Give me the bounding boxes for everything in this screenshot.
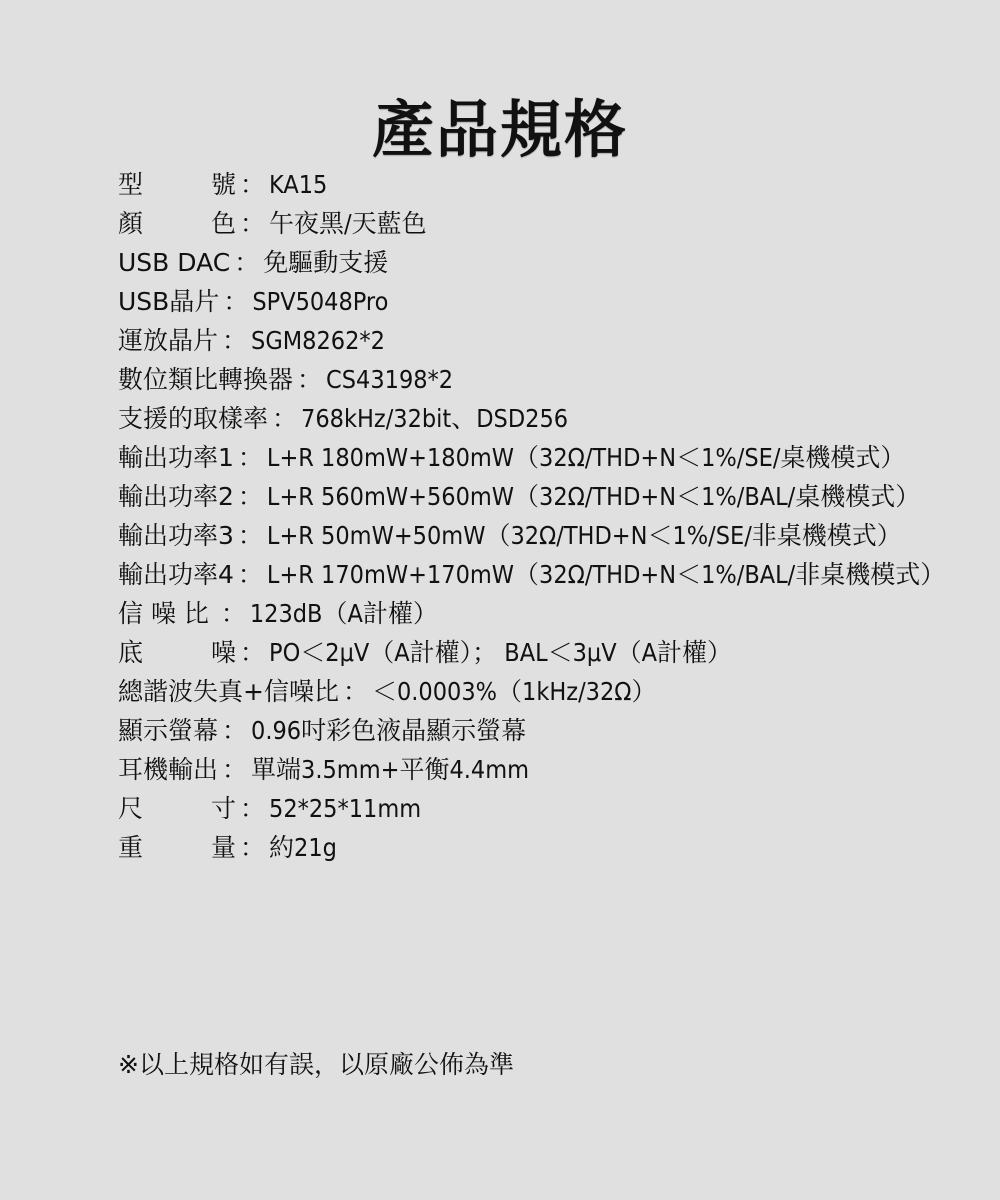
spec-row-noise-floor: 底噪 ： PO＜2μV（A計權）； BAL＜3μV（A計權）: [118, 633, 978, 672]
spec-value: SPV5048Pro: [252, 282, 388, 321]
spec-separator: ：: [234, 516, 267, 555]
spec-separator: ：: [218, 750, 251, 789]
spec-value: L+R 170mW+170mW（32Ω/THD+N＜1%/BAL/非桌機模式）: [267, 555, 945, 594]
spec-separator: ：: [218, 321, 251, 360]
spec-label: 輸出功率3: [118, 516, 234, 555]
spec-label: USB DAC: [118, 243, 230, 282]
spec-row-sample-rate: 支援的取樣率 ： 768kHz/32bit、DSD256: [118, 399, 978, 438]
spec-row-output-power-3: 輸出功率3 ： L+R 50mW+50mW（32Ω/THD+N＜1%/SE/非桌…: [118, 516, 978, 555]
spec-label: 信 噪 比: [118, 594, 217, 633]
spec-row-output-power-2: 輸出功率2 ： L+R 560mW+560mW（32Ω/THD+N＜1%/BAL…: [118, 477, 978, 516]
spec-value: 52*25*11mm: [269, 789, 421, 828]
spec-value: L+R 180mW+180mW（32Ω/THD+N＜1%/SE/桌機模式）: [267, 438, 906, 477]
spec-row-display: 顯示螢幕 ： 0.96吋彩色液晶顯示螢幕: [118, 711, 978, 750]
spec-separator: ：: [236, 789, 269, 828]
spec-label: 輸出功率4: [118, 555, 234, 594]
spec-value: 單端3.5mm+平衡4.4mm: [251, 750, 529, 789]
spec-label-part: 號: [211, 165, 236, 204]
spec-label: 底噪: [118, 633, 236, 672]
disclaimer-note: ※以上規格如有誤，以原廠公佈為準: [118, 1045, 514, 1084]
spec-row-snr: 信 噪 比 ： 123dB（A計權）: [118, 594, 978, 633]
spec-label-part: 重: [118, 828, 143, 867]
spec-separator: ：: [236, 828, 269, 867]
spec-row-opamp: 運放晶片 ： SGM8262*2: [118, 321, 978, 360]
spec-value: 約21g: [269, 828, 337, 867]
spec-separator: ：: [339, 672, 372, 711]
spec-row-thd-n: 總諧波失真+信噪比 ： ＜0.0003%（1kHz/32Ω）: [118, 672, 978, 711]
spec-separator: ：: [234, 555, 267, 594]
spec-row-weight: 重量 ： 約21g: [118, 828, 978, 867]
spec-label-part: 型: [118, 165, 143, 204]
spec-separator: ：: [236, 165, 269, 204]
spec-separator: ：: [236, 633, 269, 672]
spec-value: CS43198*2: [326, 360, 453, 399]
spec-separator: ：: [236, 204, 269, 243]
spec-label-part: 噪: [211, 633, 236, 672]
spec-row-output-power-4: 輸出功率4 ： L+R 170mW+170mW（32Ω/THD+N＜1%/BAL…: [118, 555, 978, 594]
spec-row-usb-chip: USB晶片 ： SPV5048Pro: [118, 282, 978, 321]
spec-value: 123dB（A計權）: [250, 594, 438, 633]
spec-label: 型號: [118, 165, 236, 204]
spec-value: ＜0.0003%（1kHz/32Ω）: [372, 672, 657, 711]
spec-value: KA15: [269, 165, 327, 204]
spec-row-dimensions: 尺寸 ： 52*25*11mm: [118, 789, 978, 828]
spec-value: 0.96吋彩色液晶顯示螢幕: [251, 711, 526, 750]
spec-separator: ：: [217, 594, 250, 633]
spec-row-usb-dac: USB DAC ： 免驅動支援: [118, 243, 978, 282]
spec-label: 支援的取樣率: [118, 399, 268, 438]
spec-label: 總諧波失真+信噪比: [118, 672, 339, 711]
spec-row-model: 型號 ： KA15: [118, 165, 978, 204]
spec-label: 顯示螢幕: [118, 711, 218, 750]
spec-label: 重量: [118, 828, 236, 867]
spec-separator: ：: [293, 360, 326, 399]
spec-label-part: 量: [211, 828, 236, 867]
page-title: 產品規格: [0, 90, 1000, 170]
spec-label: 尺寸: [118, 789, 236, 828]
spec-list: 型號 ： KA15 顏色 ： 午夜黑/天藍色 USB DAC ： 免驅動支援 U…: [118, 165, 978, 867]
spec-separator: ：: [268, 399, 301, 438]
spec-value: 午夜黑/天藍色: [269, 204, 427, 243]
spec-label: USB晶片: [118, 282, 219, 321]
spec-value: 768kHz/32bit、DSD256: [301, 399, 568, 438]
spec-value: SGM8262*2: [251, 321, 385, 360]
spec-row-color: 顏色 ： 午夜黑/天藍色: [118, 204, 978, 243]
spec-label-part: 底: [118, 633, 143, 672]
spec-row-headphone-output: 耳機輸出 ： 單端3.5mm+平衡4.4mm: [118, 750, 978, 789]
spec-label: 耳機輸出: [118, 750, 218, 789]
spec-separator: ：: [219, 282, 252, 321]
spec-value: L+R 50mW+50mW（32Ω/THD+N＜1%/SE/非桌機模式）: [267, 516, 902, 555]
spec-separator: ：: [234, 438, 267, 477]
spec-row-output-power-1: 輸出功率1 ： L+R 180mW+180mW（32Ω/THD+N＜1%/SE/…: [118, 438, 978, 477]
spec-value: 免驅動支援: [263, 243, 388, 282]
spec-separator: ：: [230, 243, 263, 282]
spec-value: PO＜2μV（A計權）； BAL＜3μV（A計權）: [269, 633, 732, 672]
spec-label-part: 色: [211, 204, 236, 243]
spec-label: 數位類比轉換器: [118, 360, 293, 399]
spec-label-part: 尺: [118, 789, 143, 828]
spec-row-dac-chip: 數位類比轉換器 ： CS43198*2: [118, 360, 978, 399]
spec-separator: ：: [218, 711, 251, 750]
spec-separator: ：: [234, 477, 267, 516]
spec-label-part: 寸: [211, 789, 236, 828]
spec-label-part: 顏: [118, 204, 143, 243]
spec-label: 輸出功率1: [118, 438, 234, 477]
spec-label: 運放晶片: [118, 321, 218, 360]
spec-label: 顏色: [118, 204, 236, 243]
spec-label: 輸出功率2: [118, 477, 234, 516]
spec-value: L+R 560mW+560mW（32Ω/THD+N＜1%/BAL/桌機模式）: [267, 477, 920, 516]
